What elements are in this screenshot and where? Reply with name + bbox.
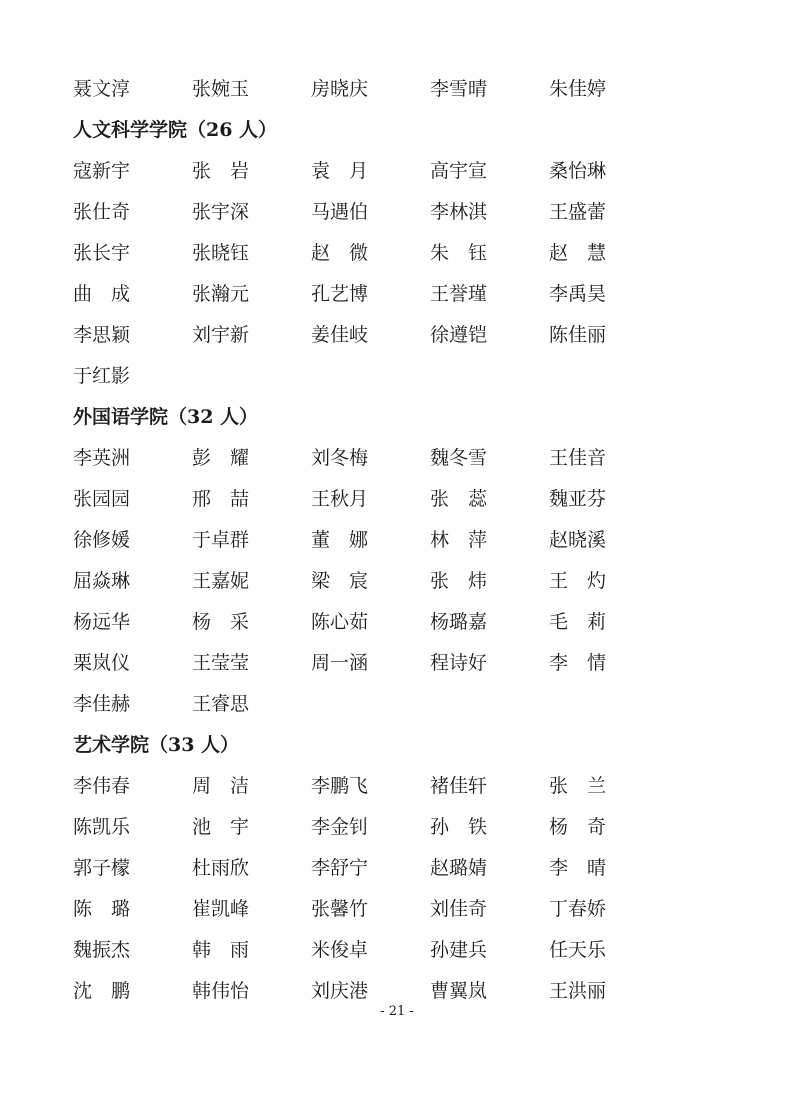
student-name: 赵 微 — [311, 233, 430, 274]
student-name: 丁春娇 — [549, 889, 668, 930]
student-name: 徐遵铠 — [430, 315, 549, 356]
student-name: 李伟春 — [73, 766, 192, 807]
student-name: 池 宇 — [192, 807, 311, 848]
student-name: 张晓钰 — [192, 233, 311, 274]
student-name: 杨璐嘉 — [430, 602, 549, 643]
student-name: 孔艺博 — [311, 274, 430, 315]
name-row: 陈 璐崔凯峰张馨竹刘佳奇丁春娇 — [73, 889, 733, 930]
name-row: 魏振杰韩 雨米俊卓孙建兵任天乐 — [73, 930, 733, 971]
student-name: 朱 钰 — [430, 233, 549, 274]
name-row: 徐修媛于卓群董 娜林 萍赵晓溪 — [73, 520, 733, 561]
student-name: 崔凯峰 — [192, 889, 311, 930]
name-row: 陈凯乐池 宇李金钊孙 铁杨 奇 — [73, 807, 733, 848]
student-name: 张 岩 — [192, 151, 311, 192]
name-row: 李思颖刘宇新姜佳岐徐遵铠陈佳丽 — [73, 315, 733, 356]
name-row: 张仕奇张宇深马遇伯李林淇王盛蕾 — [73, 192, 733, 233]
page-footer: - 21 - — [0, 1003, 794, 1021]
student-name: 高宇宣 — [430, 151, 549, 192]
student-name: 马遇伯 — [311, 192, 430, 233]
student-name: 赵 慧 — [549, 233, 668, 274]
student-name: 桑怡琳 — [549, 151, 668, 192]
student-name: 李舒宁 — [311, 848, 430, 889]
section-heading: 人文科学学院（26 人） — [73, 110, 733, 151]
name-row: 张园园邢 喆王秋月张 蕊魏亚芬 — [73, 479, 733, 520]
student-name: 刘佳奇 — [430, 889, 549, 930]
student-name: 孙建兵 — [430, 930, 549, 971]
name-row: 屈焱琳王嘉妮梁 宸张 炜王 灼 — [73, 561, 733, 602]
student-name: 魏冬雪 — [430, 438, 549, 479]
student-name: 米俊卓 — [311, 930, 430, 971]
name-row: 李伟春周 洁李鹏飞褚佳轩张 兰 — [73, 766, 733, 807]
name-row: 张长宇张晓钰赵 微朱 钰赵 慧 — [73, 233, 733, 274]
student-name: 李佳赫 — [73, 684, 192, 725]
document-page: 聂文淳张婉玉房晓庆李雪晴朱佳婷 人文科学学院（26 人）寇新宇张 岩袁 月高宇宣… — [0, 0, 794, 1093]
page-number: - 21 - — [380, 1004, 414, 1019]
student-name: 郭子檬 — [73, 848, 192, 889]
student-name: 于卓群 — [192, 520, 311, 561]
name-row-continuation: 聂文淳张婉玉房晓庆李雪晴朱佳婷 — [73, 69, 733, 110]
student-name: 李金钊 — [311, 807, 430, 848]
student-name: 王 灼 — [549, 561, 668, 602]
student-name: 陈佳丽 — [549, 315, 668, 356]
student-name: 王嘉妮 — [192, 561, 311, 602]
student-name: 陈凯乐 — [73, 807, 192, 848]
student-name: 魏振杰 — [73, 930, 192, 971]
student-name: 张 炜 — [430, 561, 549, 602]
student-name: 寇新宇 — [73, 151, 192, 192]
name-row: 栗岚仪王莹莹周一涵程诗好李 情 — [73, 643, 733, 684]
name-row: 杨远华杨 采陈心茹杨璐嘉毛 莉 — [73, 602, 733, 643]
student-name: 徐修媛 — [73, 520, 192, 561]
student-name: 孙 铁 — [430, 807, 549, 848]
student-name: 杨 奇 — [549, 807, 668, 848]
student-name: 刘冬梅 — [311, 438, 430, 479]
student-name: 赵璐婧 — [430, 848, 549, 889]
name-row: 李佳赫王睿思 — [73, 684, 733, 725]
student-name: 李林淇 — [430, 192, 549, 233]
student-name: 张瀚元 — [192, 274, 311, 315]
student-name: 王佳音 — [549, 438, 668, 479]
student-name: 韩 雨 — [192, 930, 311, 971]
student-name: 程诗好 — [430, 643, 549, 684]
student-name: 杨 采 — [192, 602, 311, 643]
student-name: 李鹏飞 — [311, 766, 430, 807]
section-heading: 艺术学院（33 人） — [73, 725, 733, 766]
student-name: 李雪晴 — [430, 69, 549, 110]
student-name: 梁 宸 — [311, 561, 430, 602]
student-name: 褚佳轩 — [430, 766, 549, 807]
student-name: 朱佳婷 — [549, 69, 668, 110]
student-name: 彭 耀 — [192, 438, 311, 479]
student-name: 王睿思 — [192, 684, 311, 725]
student-name: 曲 成 — [73, 274, 192, 315]
name-row: 郭子檬杜雨欣李舒宁赵璐婧李 晴 — [73, 848, 733, 889]
student-name: 屈焱琳 — [73, 561, 192, 602]
student-name: 袁 月 — [311, 151, 430, 192]
student-name: 张馨竹 — [311, 889, 430, 930]
student-name: 张仕奇 — [73, 192, 192, 233]
student-name: 任天乐 — [549, 930, 668, 971]
student-name: 王莹莹 — [192, 643, 311, 684]
student-name: 杜雨欣 — [192, 848, 311, 889]
student-name: 周一涵 — [311, 643, 430, 684]
student-name: 张长宇 — [73, 233, 192, 274]
name-row: 寇新宇张 岩袁 月高宇宣桑怡琳 — [73, 151, 733, 192]
student-name: 王盛蕾 — [549, 192, 668, 233]
student-name: 张宇深 — [192, 192, 311, 233]
student-name: 张园园 — [73, 479, 192, 520]
student-name: 李思颖 — [73, 315, 192, 356]
student-name: 李 晴 — [549, 848, 668, 889]
student-name: 周 洁 — [192, 766, 311, 807]
student-name: 林 萍 — [430, 520, 549, 561]
sections-container: 人文科学学院（26 人）寇新宇张 岩袁 月高宇宣桑怡琳张仕奇张宇深马遇伯李林淇王… — [73, 110, 733, 1012]
student-name: 陈 璐 — [73, 889, 192, 930]
student-name: 邢 喆 — [192, 479, 311, 520]
student-name: 张 兰 — [549, 766, 668, 807]
student-name: 董 娜 — [311, 520, 430, 561]
student-name: 刘宇新 — [192, 315, 311, 356]
name-row: 李英洲彭 耀刘冬梅魏冬雪王佳音 — [73, 438, 733, 479]
name-row: 曲 成张瀚元孔艺博王誉瑾李禹昊 — [73, 274, 733, 315]
student-name: 李英洲 — [73, 438, 192, 479]
student-name: 聂文淳 — [73, 69, 192, 110]
student-name: 栗岚仪 — [73, 643, 192, 684]
student-name: 张 蕊 — [430, 479, 549, 520]
student-name: 毛 莉 — [549, 602, 668, 643]
student-name: 于红影 — [73, 356, 192, 397]
student-name: 赵晓溪 — [549, 520, 668, 561]
student-name: 李禹昊 — [549, 274, 668, 315]
student-name: 张婉玉 — [192, 69, 311, 110]
student-name: 魏亚芬 — [549, 479, 668, 520]
page-content: 聂文淳张婉玉房晓庆李雪晴朱佳婷 人文科学学院（26 人）寇新宇张 岩袁 月高宇宣… — [73, 69, 733, 1053]
student-name: 姜佳岐 — [311, 315, 430, 356]
name-row: 于红影 — [73, 356, 733, 397]
student-name: 李 情 — [549, 643, 668, 684]
student-name: 房晓庆 — [311, 69, 430, 110]
section-heading: 外国语学院（32 人） — [73, 397, 733, 438]
student-name: 陈心茹 — [311, 602, 430, 643]
student-name: 杨远华 — [73, 602, 192, 643]
student-name: 王誉瑾 — [430, 274, 549, 315]
student-name: 王秋月 — [311, 479, 430, 520]
